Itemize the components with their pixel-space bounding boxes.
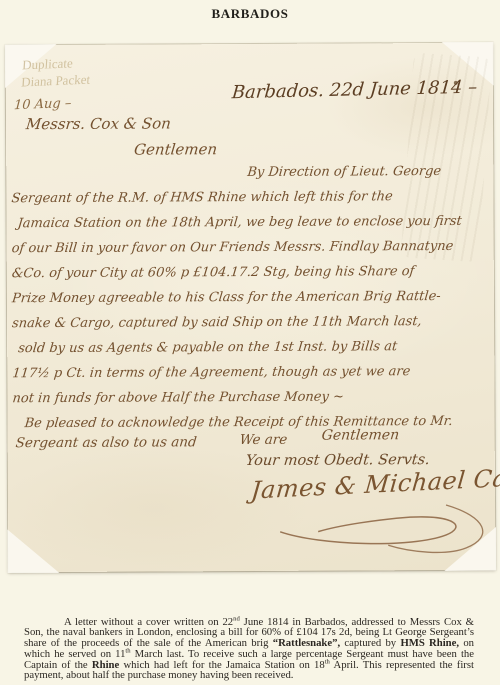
letter-body-line: of our Bill in your favor on Our Friends… [10,234,490,262]
photo-corner-bottom-left [7,529,59,573]
letter-margin-note: 10 Aug – [13,96,71,113]
letter-body-line: Sergeant of the R.M. of HMS Rhine which … [10,184,490,212]
letter-closing-gentlemen: Gentlemen [321,427,400,443]
letter-body-line: &Co. of your City at 60% p £104.17.2 Stg… [11,259,491,287]
caption-segment: nd [233,615,240,622]
letter-body: By Direction of Lieut. GeorgeSergeant of… [11,159,490,436]
letter-salutation: Gentlemen [133,140,218,158]
pencil-note: Duplicate Diana Packet [21,54,92,91]
letter-valediction: Your most Obedt. Servts. [245,452,430,469]
letter-body-line: not in funds for above Half the Purchase… [11,384,491,412]
pencil-note-line: Diana Packet [21,71,91,91]
signature-flourish [260,501,495,560]
page-title: BARBADOS [0,6,500,22]
letter-scan: Duplicate Diana Packet Barbados. 22d Jun… [6,43,496,573]
caption-text: A letter without a cover written on 22nd… [24,617,474,681]
letter-body-line: 117½ p Ct. in terms of the Agreement, th… [11,359,491,387]
letter-closing-we-are: We are [239,432,288,448]
letter-body-line: Prize Money agreeable to his Class for t… [11,284,491,312]
letter-body-line: sold by us as Agents & payable on the 1s… [11,334,491,362]
letter-body-line: By Direction of Lieut. George [10,159,490,187]
letter-body-line: Jamaica Station on the 18th April, we be… [10,209,490,237]
letter-closing-line: Sergeant as also to us and [15,434,198,451]
letter-body-line: snake & Cargo, captured by said Ship on … [11,309,491,337]
letter-addressee: Messrs. Cox & Son [25,114,172,133]
